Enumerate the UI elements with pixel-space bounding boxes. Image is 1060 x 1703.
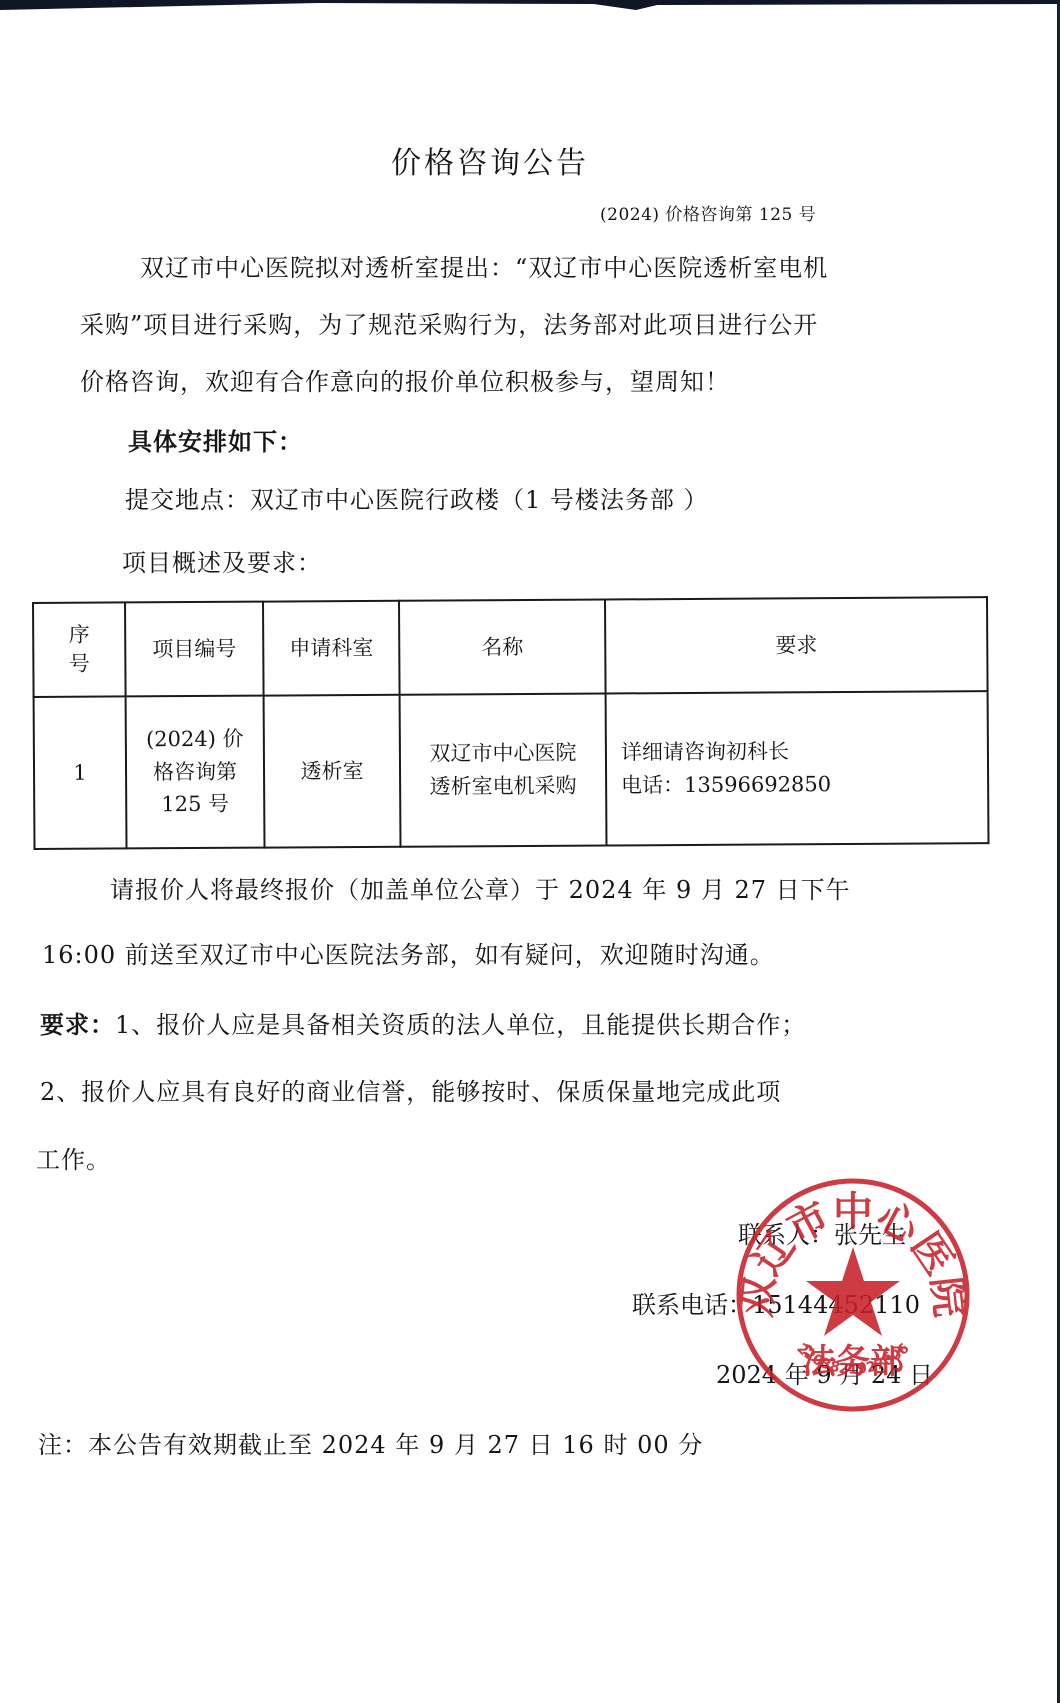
arrangement-heading: 具体安排如下： xyxy=(128,422,303,457)
table-row: 1 (2024) 价 格咨询第 125 号 透析室 双辽市中心医院 透析室电机采… xyxy=(34,691,989,849)
project-overview-heading: 项目概述及要求： xyxy=(122,543,322,578)
document-title: 价格咨询公告 xyxy=(0,138,980,182)
requirements-label: 要求： xyxy=(40,1010,115,1039)
cell-requirement: 详细请咨询初科长 电话：13596692850 xyxy=(606,691,989,845)
project-table: 序号 项目编号 申请科室 名称 要求 1 (2024) 价 格咨询第 125 号… xyxy=(32,596,989,850)
document-page: 价格咨询公告 (2024) 价格咨询第 125 号 双辽市中心医院拟对透析室提出… xyxy=(0,0,1060,1703)
requirement-2-line-1: 2、报价人应具有良好的商业信誉，能够按时、保质保量地完成此项 xyxy=(40,1072,781,1107)
header-project-no: 项目编号 xyxy=(125,602,264,697)
cell-seq: 1 xyxy=(34,696,127,849)
table-header-row: 序号 项目编号 申请科室 名称 要求 xyxy=(33,597,988,697)
intro-line-2: 采购”项目进行采购，为了规范采购行为，法务部对此项目进行公开 xyxy=(80,305,818,340)
document-number: (2024) 价格咨询第 125 号 xyxy=(600,200,816,225)
requirement-1: 1、报价人应是具备相关资质的法人单位，且能提供长期合作； xyxy=(115,1011,806,1039)
contact-person: 联系人：张先生 xyxy=(738,1215,906,1250)
submission-location: 提交地点：双辽市中心医院行政楼（1 号楼法务部 ） xyxy=(125,480,709,515)
header-department: 申请科室 xyxy=(263,601,400,696)
header-name: 名称 xyxy=(399,599,606,694)
cell-name: 双辽市中心医院 透析室电机采购 xyxy=(400,693,607,846)
header-seq: 序号 xyxy=(33,602,126,697)
intro-line-1: 双辽市中心医院拟对透析室提出：“双辽市中心医院透析室电机 xyxy=(140,248,828,283)
signature-date: 2024 年 9 月 24 日 xyxy=(716,1355,933,1390)
intro-line-3: 价格咨询，欢迎有合作意向的报价单位积极参与，望周知！ xyxy=(80,362,730,397)
cell-department: 透析室 xyxy=(264,695,401,848)
cell-project-no: (2024) 价 格咨询第 125 号 xyxy=(126,696,265,849)
requirement-1-line: 要求：1、报价人应是具备相关资质的法人单位，且能提供长期合作； xyxy=(40,1005,806,1040)
deadline-line-1: 请报价人将最终报价（加盖单位公章）于 2024 年 9 月 27 日下午 xyxy=(110,870,851,905)
contact-phone: 联系电话：15144452110 xyxy=(632,1285,920,1320)
header-requirement: 要求 xyxy=(605,597,988,693)
validity-note: 注：本公告有效期截止至 2024 年 9 月 27 日 16 时 00 分 xyxy=(38,1425,703,1460)
deadline-line-2: 16:00 前送至双辽市中心医院法务部，如有疑问，欢迎随时沟通。 xyxy=(42,935,775,970)
requirement-2-line-2: 工作。 xyxy=(36,1140,111,1175)
